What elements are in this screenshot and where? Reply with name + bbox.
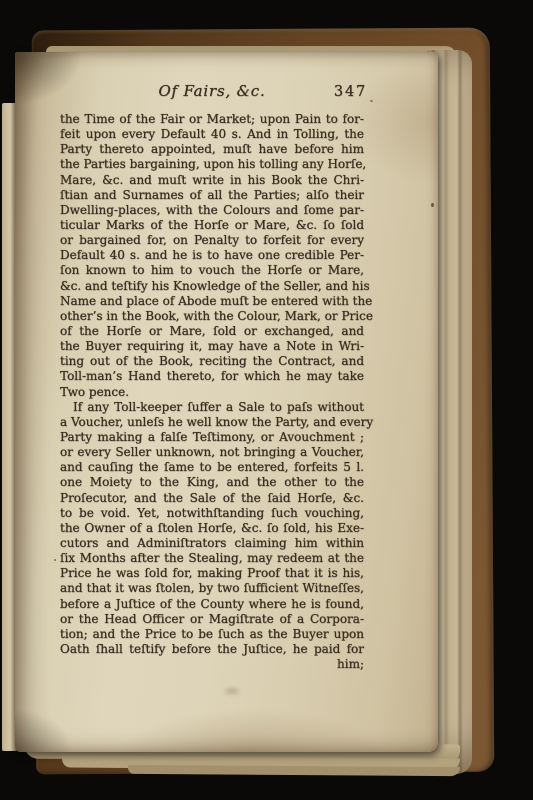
text-line: other’s in the Book, with the Colour, Ma… <box>60 309 364 324</box>
text-block: Of Fairs, &c. 347 the Time of the Fair o… <box>60 84 364 672</box>
text-line: the Parties bargaining, upon his tolling… <box>60 157 364 172</box>
text-line: the Owner of a ſtolen Horſe, &c. ſo ſold… <box>60 521 364 536</box>
text-line: feit upon every Default 40 s. And in Tol… <box>60 127 364 142</box>
text-line: tion; and the Price to be ſuch as the Bu… <box>60 627 364 642</box>
text-line: Default 40 s. and he is to have one cred… <box>60 248 364 263</box>
text-line: Dwelling-places, with the Colours and ſo… <box>60 203 364 218</box>
text-line: Toll-man’s Hand thereto, for which he ma… <box>60 369 364 384</box>
text-line: and that it was ſtolen, by two ſufficien… <box>60 581 364 596</box>
text-line: one Moiety to the King, and the other to… <box>60 475 364 490</box>
text-line: Party making a falſe Teſtimony, or Avouc… <box>60 430 364 445</box>
text-line-paragraph-start: If any Toll-keeper ſuffer a Sale to paſs… <box>60 400 364 415</box>
text-line: Mare, &c. and muſt write in his Book the… <box>60 173 364 188</box>
ink-speck <box>431 203 434 207</box>
page-header: Of Fairs, &c. 347 <box>60 84 364 103</box>
text-line: ticular Marks of the Horſe or Mare, &c. … <box>60 218 364 233</box>
text-line: Name and place of Abode muſt be entered … <box>60 294 364 309</box>
text-line: the Buyer requiring it, may have a Note … <box>60 339 364 354</box>
text-line: Two pence. <box>60 385 364 400</box>
text-line: Price he was ſold for, making Proof that… <box>60 566 364 581</box>
text-line: of the Horſe or Mare, ſold or exchanged,… <box>60 324 364 339</box>
text-line: before a Juſtice of the County where he … <box>60 597 364 612</box>
text-line: the Time of the Fair or Market; upon Pai… <box>60 112 364 127</box>
text-line: Party thereto appointed, muſt have befor… <box>60 142 364 157</box>
ink-smudge <box>225 688 239 694</box>
page-title: Of Fairs, &c. <box>60 84 364 99</box>
text-line: to be void. Yet, notwithſtanding ſuch vo… <box>60 506 364 521</box>
page-number: 347 <box>334 85 367 100</box>
book-page: Of Fairs, &c. 347 the Time of the Fair o… <box>15 52 438 752</box>
text-line: ſon known to him to vouch the Horſe or M… <box>60 263 364 278</box>
text-line: &c. and teſtify his Knowledge of the Sel… <box>60 279 364 294</box>
text-line: ſix Months after the Stealing, may redee… <box>60 551 364 566</box>
text-line: and cauſing the ſame to be entered, forf… <box>60 460 364 475</box>
text-line: or the Head Officer or Magiſtrate of a C… <box>60 612 364 627</box>
text-line: or bargained for, on Penalty to forfeit … <box>60 233 364 248</box>
text-line: cutors and Adminiſtrators claiming him w… <box>60 536 364 551</box>
page-stack-bottom-edge <box>128 765 460 776</box>
catchword: him; <box>60 657 364 672</box>
text-line: or every Seller unknown, not bringing a … <box>60 445 364 460</box>
text-line: a Voucher, unleſs he well know the Party… <box>60 415 364 430</box>
text-line: Proſecutor, and the Sale of the ſaid Hor… <box>60 491 364 506</box>
ink-speck <box>370 100 373 102</box>
ink-speck <box>54 559 56 561</box>
book-scan: Of Fairs, &c. 347 the Time of the Fair o… <box>0 0 533 800</box>
text-line: ting out of the Book, reciting the Contr… <box>60 354 364 369</box>
text-line: Oath ſhall teſtify before the Juſtice, h… <box>60 642 364 657</box>
text-line: ſtian and Surnames of all the Parties; a… <box>60 188 364 203</box>
